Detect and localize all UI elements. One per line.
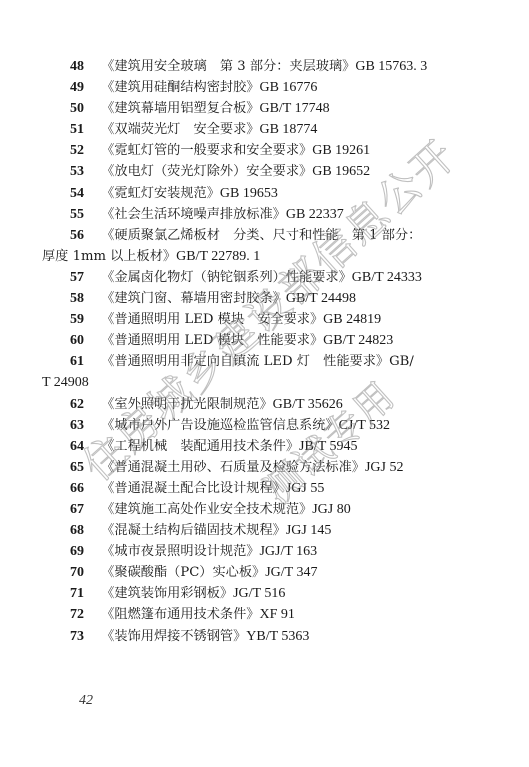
list-item: 73 《装饰用焊接不锈钢管》YB/T 5363 <box>70 626 458 647</box>
list-item: 64 《工程机械 装配通用技术条件》JB/T 5945 <box>70 436 458 457</box>
list-item: 56 《硬质聚氯乙烯板材 分类、尺寸和性能 第 1 部分：厚度 1mm 以上板材… <box>70 225 458 267</box>
list-item: 69 《城市夜景照明设计规范》JGJ/T 163 <box>70 541 458 562</box>
list-item: 55 《社会生活环境噪声排放标准》GB 22337 <box>70 204 458 225</box>
list-item: 54 《霓虹灯安装规范》GB 19653 <box>70 183 458 204</box>
list-item: 61 《普通照明用非定向自镇流 LED 灯 性能要求》GB/T 24908 <box>70 351 458 393</box>
standards-list: 48 《建筑用安全玻璃 第 3 部分：夹层玻璃》GB 15763. 3 49 《… <box>70 56 458 647</box>
list-item: 60 《普通照明用 LED 模块 性能要求》GB/T 24823 <box>70 330 458 351</box>
list-item: 71 《建筑装饰用彩钢板》JG/T 516 <box>70 583 458 604</box>
list-item: 65 《普通混凝土用砂、石质量及检验方法标准》JGJ 52 <box>70 457 458 478</box>
list-item: 49 《建筑用硅酮结构密封胶》GB 16776 <box>70 77 458 98</box>
list-item: 66 《普通混凝土配合比设计规程》JGJ 55 <box>70 478 458 499</box>
page-number: 42 <box>79 693 93 709</box>
list-item: 51 《双端荧光灯 安全要求》GB 18774 <box>70 119 458 140</box>
list-item: 68 《混凝土结构后锚固技术规程》JGJ 145 <box>70 520 458 541</box>
document-page: 48 《建筑用安全玻璃 第 3 部分：夹层玻璃》GB 15763. 3 49 《… <box>0 0 529 767</box>
wrapped-line: T 24908 <box>42 372 458 393</box>
list-item: 72 《阻燃篷布通用技术条件》XF 91 <box>70 604 458 625</box>
list-item: 48 《建筑用安全玻璃 第 3 部分：夹层玻璃》GB 15763. 3 <box>70 56 458 77</box>
list-item: 63 《城市户外广告设施巡检监管信息系统》CJ/T 532 <box>70 415 458 436</box>
list-item: 59 《普通照明用 LED 模块 安全要求》GB 24819 <box>70 309 458 330</box>
list-item: 70 《聚碳酸酯（PC）实心板》JG/T 347 <box>70 562 458 583</box>
list-item: 53 《放电灯（荧光灯除外）安全要求》GB 19652 <box>70 161 458 182</box>
list-item: 62 《室外照明干扰光限制规范》GB/T 35626 <box>70 394 458 415</box>
list-item: 57 《金属卤化物灯（钠铊铟系列）性能要求》GB/T 24333 <box>70 267 458 288</box>
list-item: 67 《建筑施工高处作业安全技术规范》JGJ 80 <box>70 499 458 520</box>
list-item: 50 《建筑幕墙用铝塑复合板》GB/T 17748 <box>70 98 458 119</box>
list-item: 52 《霓虹灯管的一般要求和安全要求》GB 19261 <box>70 140 458 161</box>
wrapped-line: 厚度 1mm 以上板材》GB/T 22789. 1 <box>42 246 458 267</box>
list-item: 58 《建筑门窗、幕墙用密封胶条》GB/T 24498 <box>70 288 458 309</box>
